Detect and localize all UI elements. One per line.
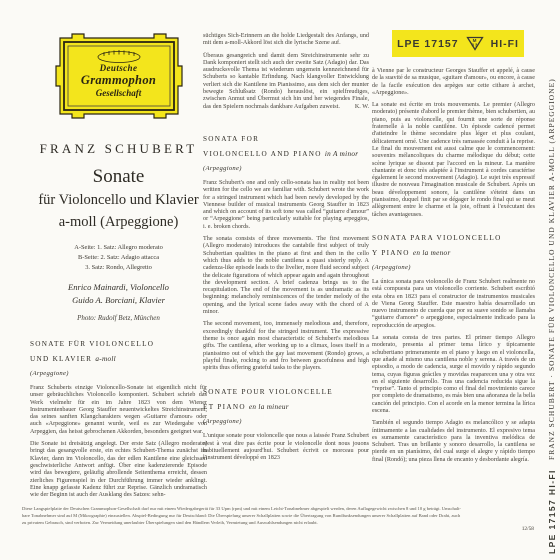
spine-catalog-number: LPE 17157 HI-FI: [547, 462, 557, 554]
author-initials: K. W.: [355, 104, 369, 111]
french-heading-line2: ET PIANO en la mineur: [203, 403, 369, 411]
tracklist: A-Seite: 1. Satz: Allegro moderato B-Sei…: [30, 243, 207, 273]
english-paragraph: The sonata consists of three movements. …: [203, 236, 369, 316]
english-heading-line3: (Arpeggione): [203, 165, 369, 172]
fine-print: Diese Langspielplatte der Deutschen Gram…: [22, 506, 534, 526]
german-paragraph: Überaus gesangreich und damit dem Streic…: [203, 53, 369, 111]
logo-wordmark: Deutsche Grammophon Gesellschaft: [54, 64, 184, 98]
english-heading-line1: SONATA FOR: [203, 135, 369, 143]
section-english: SONATA FOR VIOLONCELLO AND PIANO in A mi…: [203, 135, 369, 372]
logo-line-grammophon: Grammophon: [54, 74, 184, 87]
section-spanish: SONATA PARA VIOLONCELLO Y PIANO en la me…: [372, 234, 535, 464]
hifi-label: HI-FI: [491, 38, 519, 50]
logo-line-gesellschaft: Gesellschaft: [54, 89, 184, 98]
french-heading-line3: (Arpeggione): [203, 418, 369, 425]
artist-credits: Enrico Mainardi, Violoncello Guido A. Bo…: [30, 281, 207, 307]
german-paragraph-continued: süchtiges Sich-Erinnern an die holde Lie…: [203, 33, 369, 48]
artist-cello: Enrico Mainardi, Violoncello: [30, 281, 207, 294]
german-heading-line2: UND KLAVIER a-moll: [30, 355, 207, 363]
spanish-paragraph: La sonata consta de tres partes. El prim…: [372, 335, 535, 415]
french-continued-block: à Vienne par le constructeur Georges Sta…: [372, 68, 535, 219]
deutsche-grammophon-logo: Deutsche Grammophon Gesellschaft: [54, 30, 184, 122]
right-column: LPE 17157 M 33 HI-FI à Vienne par le con…: [372, 30, 535, 469]
left-column: Deutsche Grammophon Gesellschaft FRANZ S…: [30, 28, 207, 504]
rpm-triangle-icon: M 33: [466, 36, 484, 51]
artist-piano: Guido A. Borciani, Klavier: [30, 294, 207, 307]
german-paragraph: Franz Schuberts einzige Violoncello-Sona…: [30, 385, 207, 436]
english-paragraph: Franz Schubert's one and only cello-sona…: [203, 180, 369, 231]
fine-print-line: bare Tonabnehmer sind auf M (Mikrographi…: [22, 513, 534, 520]
work-key: a-moll (Arpeggione): [30, 214, 207, 231]
spanish-paragraph: También el segundo tiempo Adagio es mela…: [372, 420, 535, 464]
track-a-side: A-Seite: 1. Satz: Allegro moderato: [30, 243, 207, 253]
french-paragraph: L'unique sonate pour violoncelle que nou…: [203, 433, 369, 462]
fine-print-line: zu privatem Gebrauch, sind verboten. Zur…: [22, 520, 534, 527]
spanish-paragraph: La única sonata para violoncello de Fran…: [372, 279, 535, 330]
english-heading-line2: VIOLONCELLO AND PIANO in A minor: [203, 150, 369, 158]
track-b-side: B-Seite: 2. Satz: Adagio attacca: [30, 253, 207, 263]
logo-line-deutsche: Deutsche: [54, 64, 184, 73]
spanish-heading-line1: SONATA PARA VIOLONCELLO: [372, 234, 535, 242]
english-paragraph: The second movement, too, immensely melo…: [203, 321, 369, 372]
svg-text:33: 33: [471, 42, 478, 47]
fine-print-line: Diese Langspielplatte der Deutschen Gram…: [22, 506, 534, 513]
catalog-number-box: LPE 17157 M 33 HI-FI: [392, 30, 524, 57]
track-b-side-2: 3. Satz: Rondo, Allegretto: [30, 263, 207, 273]
photo-credit: Photo: Rudolf Betz, München: [30, 314, 207, 322]
german-heading-line1: SONATE FÜR VIOLONCELLO: [30, 340, 207, 348]
french-paragraph-continued: à Vienne par le constructeur Georges Sta…: [372, 68, 535, 97]
german-paragraph: Die Sonate ist dreisätzig angelegt. Der …: [30, 441, 207, 499]
section-french: SONATE POUR VIOLONCELLE ET PIANO en la m…: [203, 388, 369, 462]
spine-title: FRANZ SCHUBERT · SONATE FÜR VIOLONCELLO …: [547, 18, 556, 460]
work-subtitle: für Violoncello und Klavier: [30, 192, 207, 209]
spanish-heading-line2: Y PIANO en la menor: [372, 249, 535, 257]
middle-column: süchtiges Sich-Erinnern an die holde Lie…: [203, 33, 369, 468]
spanish-heading-line3: (Arpeggione): [372, 264, 535, 271]
catalog-number: LPE 17157: [397, 38, 459, 50]
french-heading-line1: SONATE POUR VIOLONCELLE: [203, 388, 369, 396]
french-paragraph: La sonate est écrite en trois mouvements…: [372, 102, 535, 219]
date-code: 12/58: [522, 526, 534, 533]
composer-name: FRANZ SCHUBERT: [30, 141, 207, 157]
work-title: Sonate: [30, 166, 207, 188]
section-german: SONATE FÜR VIOLONCELLO UND KLAVIER a-mol…: [30, 340, 207, 499]
german-heading-line3: (Arpeggione): [30, 370, 207, 377]
